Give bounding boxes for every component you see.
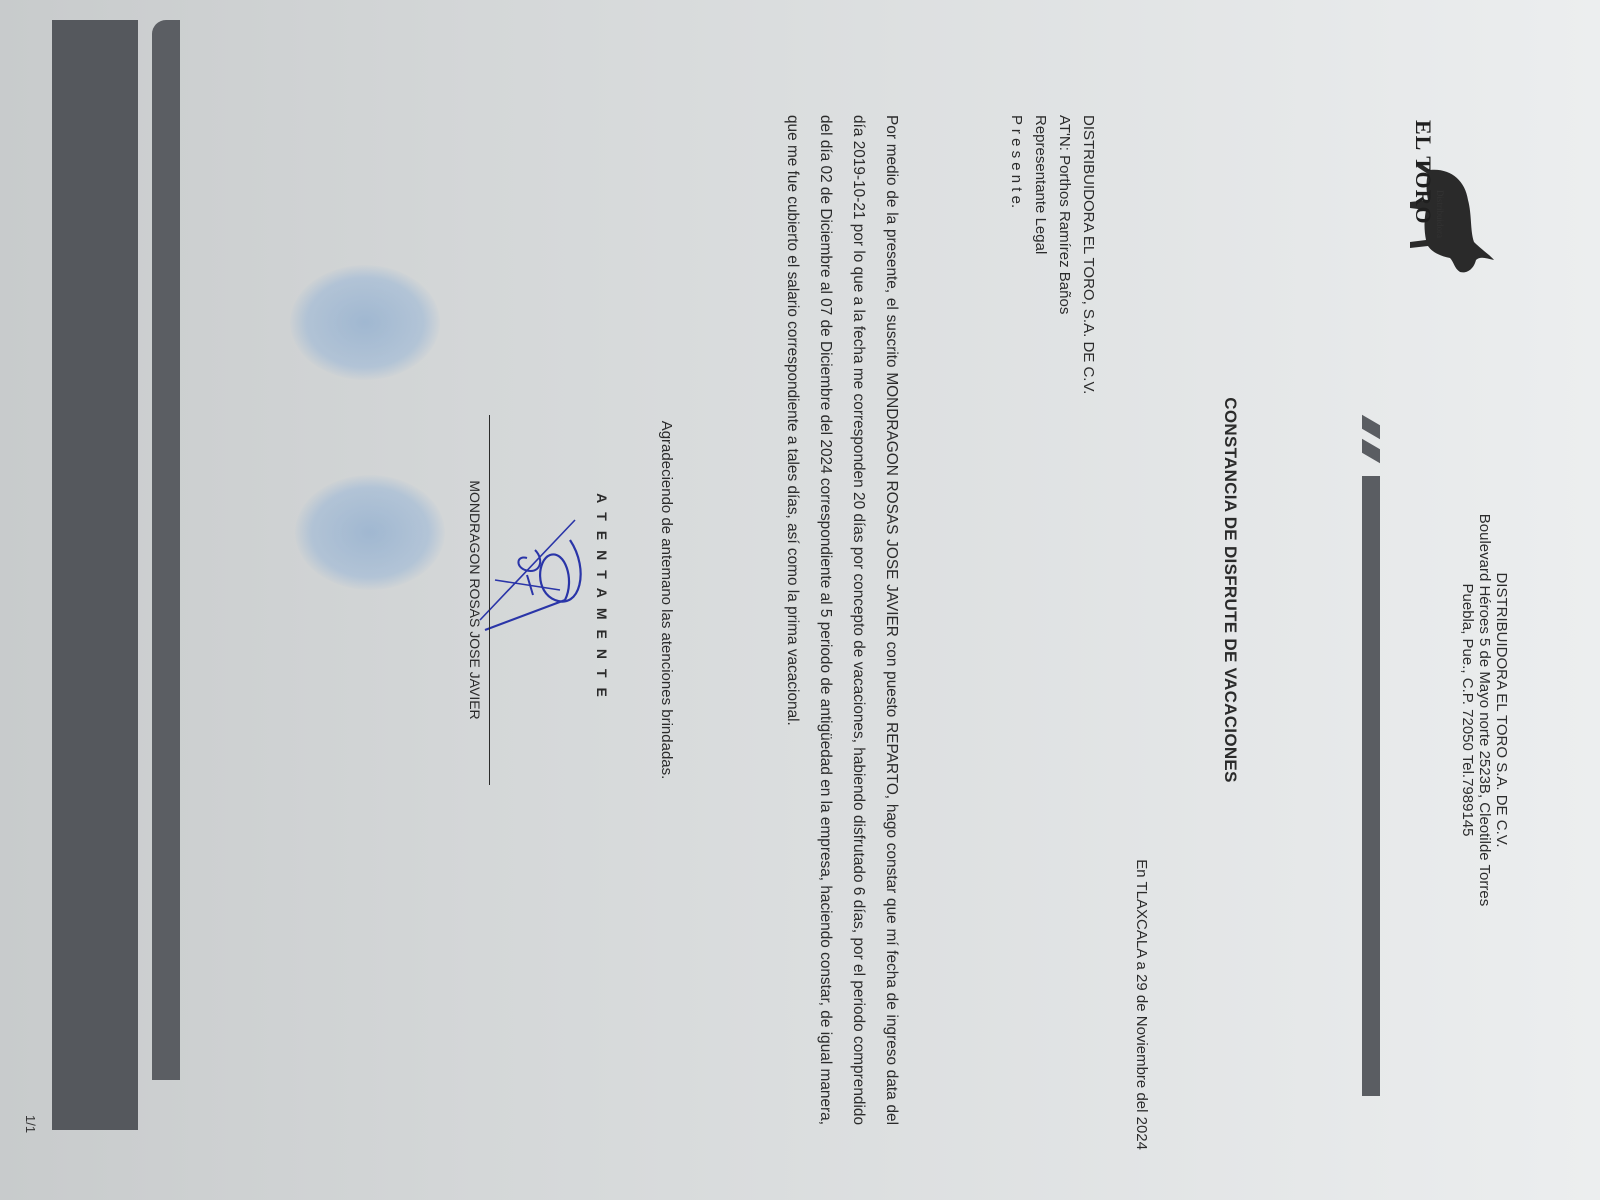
body-paragraph: Por medio de la presente, el suscrito MO… — [776, 115, 908, 1125]
document-page-rotated: Distribuidora EL TORO DISTRIBUIDORA EL T… — [0, 0, 1600, 1200]
fingerprint-left — [290, 265, 440, 380]
document-title: CONSTANCIA DE DISFRUTE DE VACACIONES — [1220, 370, 1240, 810]
handwritten-signature — [475, 480, 595, 680]
company-address: Boulevard Héroes 5 de Mayo norte 2523B, … — [1476, 390, 1493, 1030]
signature-line — [489, 415, 490, 785]
document-page: Distribuidora EL TORO DISTRIBUIDORA EL T… — [0, 0, 1600, 1200]
company-city-phone: Puebla, Pue., C.P. 72050 Tel.7989145 — [1459, 390, 1476, 1030]
recipient-block: DISTRIBUIDORA EL TORO, S.A. DE C.V. AT'N… — [1004, 115, 1100, 394]
recipient-attention: AT'N: Porthos Ramírez Baños — [1052, 115, 1076, 394]
recipient-role: Representante Legal — [1028, 115, 1052, 394]
recipient-salutation: P r e s e n t e. — [1004, 115, 1028, 394]
logo-name: EL TORO — [1410, 120, 1436, 225]
company-header: DISTRIBUIDORA EL TORO S.A. DE C.V. Boule… — [1459, 390, 1510, 1030]
closing-line: Agradeciendo de antemano las atenciones … — [658, 200, 675, 1000]
footer-decorative-bar-thick — [52, 20, 138, 1130]
company-name: DISTRIBUIDORA EL TORO S.A. DE C.V. — [1493, 390, 1510, 1030]
atentamente-label: ATENTAMENTE — [594, 360, 610, 840]
company-logo: Distribuidora EL TORO — [1370, 120, 1500, 300]
recipient-company: DISTRIBUIDORA EL TORO, S.A. DE C.V. — [1076, 115, 1100, 394]
signer-name: MONDRAGON ROSAS JOSE JAVIER — [467, 415, 483, 785]
logo-subtitle: Distribuidora — [1435, 190, 1445, 238]
header-decorative-bars — [1358, 380, 1380, 1100]
fingerprint-right — [295, 475, 445, 590]
page-number: 1/1 — [23, 1115, 38, 1133]
place-date: En TLAXCALA a 29 de Noviembre del 2024 — [1133, 560, 1150, 1150]
footer-decorative-bar-thin — [152, 20, 180, 1080]
